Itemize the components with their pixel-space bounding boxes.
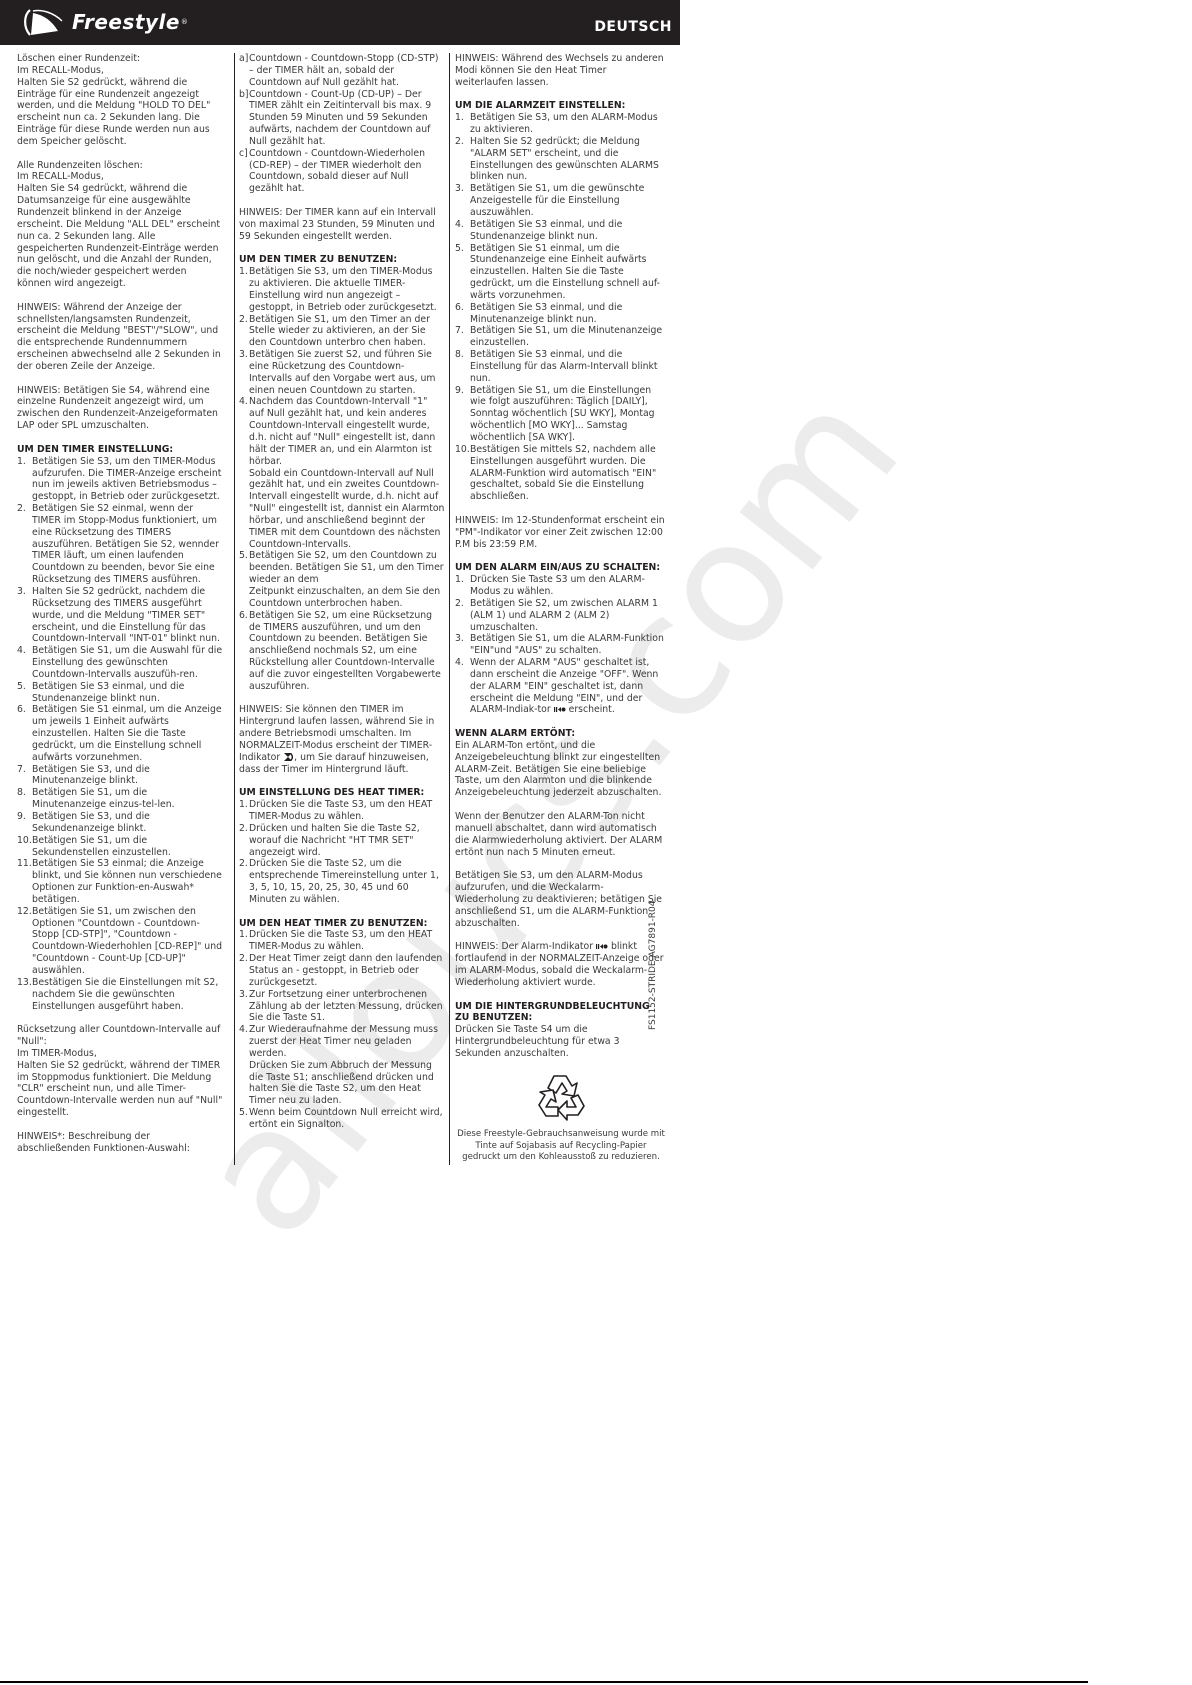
list-item: b]Countdown - Count-Up (CD-UP) – Der TIM…	[239, 89, 445, 148]
timer-indicator-icon	[283, 752, 294, 762]
list-item: 8.Betätigen Sie S3 einmal, und die Einst…	[455, 349, 667, 385]
alarm-indicator-icon	[596, 943, 608, 950]
list-item: 8.Betätigen Sie S1, um die Minutenanzeig…	[17, 787, 223, 811]
list-item: 5.Wenn beim Countdown Null erreicht wird…	[239, 1107, 445, 1131]
note-best-slow: HINWEIS: Während der Anzeige der schnell…	[17, 302, 223, 373]
list-item: a]Countdown - Countdown-Stopp (CD-STP) –…	[239, 53, 445, 89]
section-heading-heat-use: UM DEN HEAT TIMER ZU BENUTZEN:	[239, 918, 445, 930]
list-item: 6.Betätigen Sie S1 einmal, um die Anzeig…	[17, 704, 223, 763]
alarm-sound-text-1: Ein ALARM-Ton ertönt, und die Anzeigebel…	[455, 740, 667, 799]
list-item: 12.Betätigen Sie S1, um zwischen den Opt…	[17, 906, 223, 977]
list-item: 6.Betätigen Sie S3 einmal, und die Minut…	[455, 302, 667, 326]
document-code: FS1152-STRIDE-AG7891-R04	[648, 900, 658, 1030]
section-heading-backlight: UM DIE HINTERGRUNDBELEUCHTUNG ZU BENUTZE…	[455, 1001, 667, 1025]
delete-lap-title: Löschen einer Rundenzeit:	[17, 53, 140, 64]
list-item: 1.Betätigen Sie S3, um den TIMER-Modus z…	[239, 266, 445, 313]
list-item: 2.Drücken und halten Sie die Taste S2, w…	[239, 823, 445, 859]
section-heading-timer-use: UM DEN TIMER ZU BENUTZEN:	[239, 254, 445, 266]
list-item: c]Countdown - Countdown-Wiederholen (CD-…	[239, 148, 445, 195]
list-item: 6.Betätigen Sie S2, um eine Rücksetzung …	[239, 610, 445, 693]
list-item: 5.Betätigen Sie S1 einmal, um die Stunde…	[455, 243, 667, 302]
list-item: 2.Betätigen Sie S1, um den Timer an der …	[239, 314, 445, 350]
list-item: 10.Betätigen Sie S1, um die Sekundenstel…	[17, 835, 223, 859]
list-item: 9.Betätigen Sie S3, und die Sekundenanze…	[17, 811, 223, 835]
list-item: 2.Betätigen Sie S2, um zwischen ALARM 1 …	[455, 598, 667, 634]
alarm-sound-text-3: Betätigen Sie S3, um den ALARM-Modus auf…	[455, 870, 667, 929]
list-item: 4.Wenn der ALARM "AUS" geschaltet ist, d…	[455, 657, 667, 716]
timer-setting-steps: 1.Betätigen Sie S3, um den TIMER-Modus a…	[17, 456, 223, 1013]
recycle-block: Diese Freestyle-Gebrauchsanweisung wurde…	[455, 1072, 667, 1164]
list-item: 7.Betätigen Sie S3, und die Minutenanzei…	[17, 764, 223, 788]
list-item: 11.Betätigen Sie S3 einmal; die Anzeige …	[17, 858, 223, 905]
list-item: 5.Betätigen Sie S2, um den Countdown zu …	[239, 550, 445, 609]
delete-all-section: Alle Rundenzeiten löschen: Im RECALL-Mod…	[17, 160, 223, 290]
list-item: 1.Drücken Sie Taste S3 um den ALARM-Modu…	[455, 574, 667, 598]
list-item: 4.Nachdem das Countdown-Intervall "1" au…	[239, 396, 445, 550]
recycle-caption: Diese Freestyle-Gebrauchsanweisung wurde…	[455, 1129, 667, 1164]
list-item: 2.Drücken Sie die Taste S2, um die entsp…	[239, 858, 445, 905]
note-heat-background: HINWEIS: Während des Wechsels zu anderen…	[455, 53, 667, 89]
manual-columns: Löschen einer Rundenzeit: Im RECALL-Modu…	[17, 53, 677, 1165]
section-heading-timer-setting: UM DEN TIMER EINSTELLUNG:	[17, 444, 223, 456]
note-lap-spl: HINWEIS: Betätigen Sie S4, während eine …	[17, 385, 223, 432]
brand-logo: Freestyle®	[22, 4, 188, 40]
section-heading-alarm-set: UM DIE ALARMZEIT EINSTELLEN:	[455, 100, 667, 112]
list-item: 3.Zur Fortsetzung einer unterbrochenen Z…	[239, 989, 445, 1025]
section-heading-heat-setting: UM EINSTELLUNG DES HEAT TIMER:	[239, 787, 445, 799]
heat-use-steps: 1.Drücken Sie die Taste S3, um den HEAT …	[239, 929, 445, 1130]
column-3: HINWEIS: Während des Wechsels zu anderen…	[449, 53, 667, 1165]
column-1: Löschen einer Rundenzeit: Im RECALL-Modu…	[17, 53, 223, 1166]
heat-setting-steps: 1.Drücken Sie die Taste S3, um den HEAT …	[239, 799, 445, 906]
list-item: 7.Betätigen Sie S1, um die Minutenanzeig…	[455, 325, 667, 349]
reset-all-mode: Im TIMER-Modus,	[17, 1048, 97, 1059]
alarm-set-steps: 1.Betätigen Sie S3, um den ALARM-Modus z…	[455, 112, 667, 503]
header-bar: Freestyle® DEUTSCH	[0, 0, 680, 45]
delete-all-title: Alle Rundenzeiten löschen:	[17, 160, 143, 171]
list-item: 2.Der Heat Timer zeigt dann den laufende…	[239, 953, 445, 989]
backlight-text: Drücken Sie Taste S4 um die Hintergrundb…	[455, 1024, 667, 1060]
list-item: 10.Bestätigen Sie mittels S2, nachdem al…	[455, 444, 667, 503]
note-timer-background: HINWEIS: Sie können den TIMER im Hinterg…	[239, 704, 445, 775]
list-item: 2.Betätigen Sie S2 einmal, wenn der TIME…	[17, 503, 223, 586]
alarm-indicator-icon	[554, 706, 566, 713]
recycle-icon	[534, 1072, 588, 1122]
brand-name: Freestyle	[72, 10, 180, 34]
list-item: 2.Halten Sie S2 gedrückt; die Meldung "A…	[455, 136, 667, 183]
alarm-sound-text-2: Wenn der Benutzer den ALARM-Ton nicht ma…	[455, 811, 667, 858]
list-item: 4.Zur Wiederaufnahme der Messung muss zu…	[239, 1024, 445, 1107]
list-item: 1.Betätigen Sie S3, um den ALARM-Modus z…	[455, 112, 667, 136]
list-item: 4.Betätigen Sie S3 einmal, und die Stund…	[455, 219, 667, 243]
list-item: 3.Betätigen Sie S1, um die gewünschte An…	[455, 183, 667, 219]
list-item: 9.Betätigen Sie S1, um die Einstellungen…	[455, 385, 667, 444]
language-label: DEUTSCH	[594, 19, 672, 35]
section-heading-alarm-sound: WENN ALARM ERTÖNT:	[455, 728, 667, 740]
list-item: 1.Betätigen Sie S3, um den TIMER-Modus a…	[17, 456, 223, 503]
list-item: 3.Betätigen Sie S1, um die ALARM-Funktio…	[455, 633, 667, 657]
reset-all-text: Halten Sie S2 gedrückt, während der TIME…	[17, 1060, 222, 1118]
list-item: 13.Bestätigen Sie die Einstellungen mit …	[17, 977, 223, 1013]
reset-all-title: Rücksetzung aller Countdown-Intervalle a…	[17, 1024, 220, 1047]
note-function-selection: HINWEIS*: Beschreibung der abschließende…	[17, 1131, 223, 1155]
alarm-toggle-steps: 1.Drücken Sie Taste S3 um den ALARM-Modu…	[455, 574, 667, 716]
list-item: 1.Drücken Sie die Taste S3, um den HEAT …	[239, 799, 445, 823]
note-pm-indicator: HINWEIS: Im 12-Stundenformat erscheint e…	[455, 515, 667, 551]
delete-lap-section: Löschen einer Rundenzeit: Im RECALL-Modu…	[17, 53, 223, 148]
countdown-options: a]Countdown - Countdown-Stopp (CD-STP) –…	[239, 53, 445, 195]
list-item: 4.Betätigen Sie S1, um die Auswahl für d…	[17, 645, 223, 681]
delete-all-text: Halten Sie S4 gedrückt, während die Datu…	[17, 183, 220, 289]
timer-use-steps: 1.Betätigen Sie S3, um den TIMER-Modus z…	[239, 266, 445, 692]
registered-mark: ®	[181, 18, 188, 26]
shark-fin-logo-icon	[22, 5, 66, 39]
column-2: a]Countdown - Countdown-Stopp (CD-STP) –…	[234, 53, 445, 1165]
list-item: 5.Betätigen Sie S3 einmal, und die Stund…	[17, 681, 223, 705]
note-timer-max: HINWEIS: Der TIMER kann auf ein Interval…	[239, 207, 445, 243]
delete-lap-mode: Im RECALL-Modus,	[17, 65, 104, 76]
list-item: 1.Drücken Sie die Taste S3, um den HEAT …	[239, 929, 445, 953]
reset-all-section: Rücksetzung aller Countdown-Intervalle a…	[17, 1024, 223, 1119]
section-heading-alarm-toggle: UM DEN ALARM EIN/AUS ZU SCHALTEN:	[455, 562, 667, 574]
delete-lap-text: Halten Sie S2 gedrückt, während die Eint…	[17, 77, 210, 147]
list-item: 3.Halten Sie S2 gedrückt, nachdem die Rü…	[17, 586, 223, 645]
page-bottom-rule	[0, 1681, 1088, 1683]
delete-all-mode: Im RECALL-Modus,	[17, 171, 104, 182]
list-item: 3.Betätigen Sie zuerst S2, und führen Si…	[239, 349, 445, 396]
note-alarm-indicator: HINWEIS: Der Alarm-Indikator blinkt fort…	[455, 941, 667, 988]
